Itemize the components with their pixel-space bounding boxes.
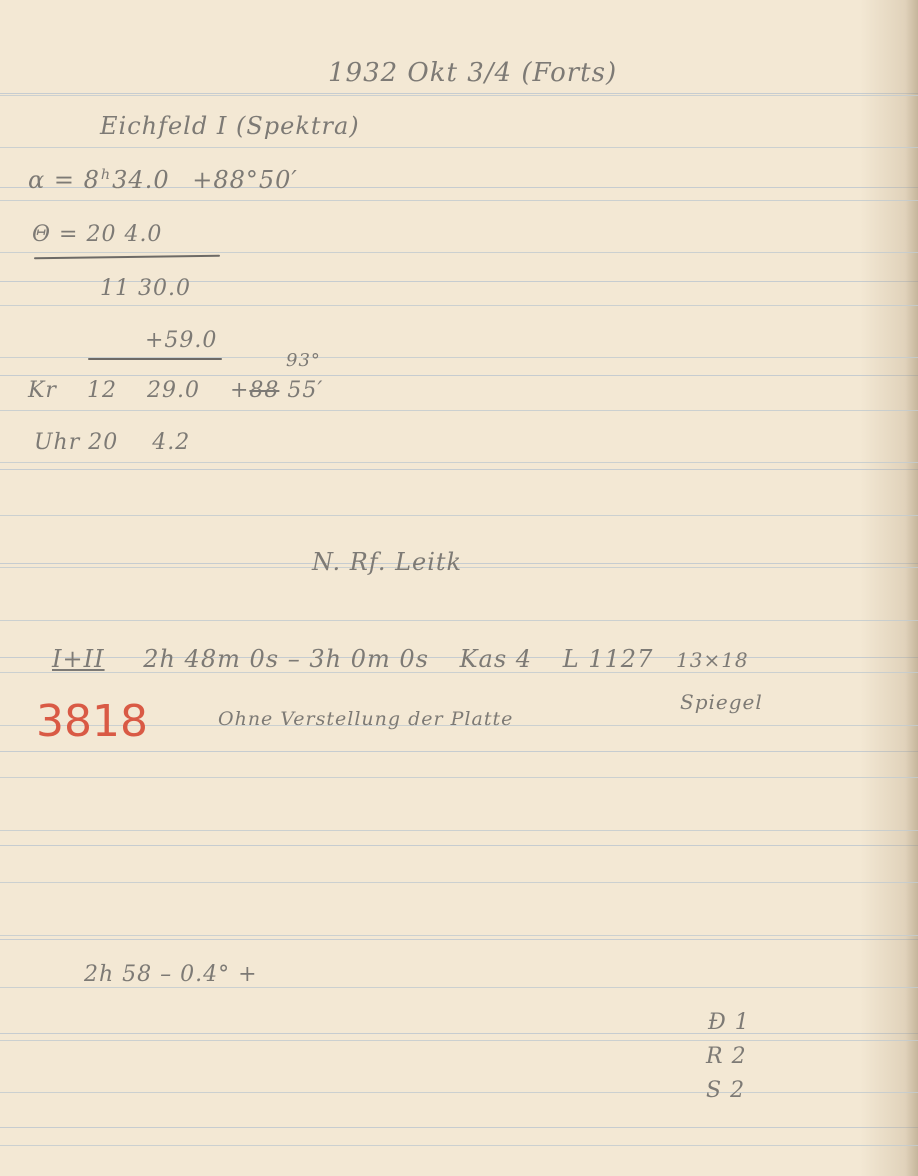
plate-type: L 1127 — [563, 645, 654, 673]
observation-line: I+II 2h 48m 0s – 3h 0m 0s Kas 4 L 1127 1… — [52, 645, 749, 673]
alpha-decl: +88°50′ — [192, 166, 298, 194]
rating-value: 2 — [732, 1044, 747, 1069]
diff-line: 11 30.0 — [100, 276, 191, 301]
notebook-page: 1932 Okt 3/4 (Forts) Eichfeld I (Spektra… — [0, 0, 918, 1176]
sum-underline — [34, 255, 220, 260]
ruled-line — [0, 882, 918, 883]
alpha-min: 34.0 — [112, 166, 169, 194]
sum-underline-2 — [88, 358, 222, 360]
ruled-line — [0, 95, 918, 96]
kr-decl-correction: 93° — [286, 350, 321, 371]
ruled-line — [0, 987, 918, 988]
rating-row: S 2 — [706, 1078, 745, 1103]
theta-line: Θ = 20 4.0 — [32, 222, 162, 247]
kr-hours: 12 — [87, 378, 117, 403]
plate-size: 13×18 — [676, 648, 749, 672]
ruled-line — [0, 515, 918, 516]
mirror-note: Spiegel — [680, 690, 763, 714]
rating-row: Ɖ 1 — [708, 1010, 750, 1035]
uhr-min: 4.2 — [152, 430, 190, 455]
cassette: Kas 4 — [460, 645, 532, 673]
rating-symbol: Ɖ — [708, 1010, 727, 1035]
alpha-hours: 8 — [84, 166, 100, 194]
uhr-line: Uhr 20 4.2 — [34, 430, 190, 455]
ruled-line — [0, 1092, 918, 1093]
calc-title: Eichfeld I (Spektra) — [100, 112, 360, 140]
ruled-line — [0, 462, 918, 463]
observation-note: Ohne Verstellung der Platte — [218, 708, 513, 730]
uhr-hours: 20 — [88, 430, 118, 455]
kr-decl-min: 55′ — [287, 378, 323, 403]
ruled-line — [0, 305, 918, 306]
ruled-line — [0, 935, 918, 936]
ruled-line — [0, 777, 918, 778]
rating-value: 1 — [735, 1010, 750, 1035]
alpha-h-sup: h — [101, 167, 111, 183]
date-line: 1932 Okt 3/4 (Forts) — [328, 58, 617, 88]
alpha-label: α = — [28, 166, 75, 194]
kr-decl-prefix: + — [230, 378, 249, 403]
kr-line: Kr 12 29.0 +88 55′ — [28, 378, 323, 403]
ruled-line — [0, 200, 918, 201]
instrument: I+II — [52, 645, 105, 673]
rating-symbol: R — [706, 1044, 724, 1069]
ruled-line — [0, 1145, 918, 1146]
uhr-label: Uhr — [34, 430, 80, 455]
time-start: 2h 48m 0s — [143, 645, 279, 673]
ruled-line — [0, 410, 918, 411]
rating-symbol: S — [706, 1078, 722, 1103]
later-note: 2h 58 – 0.4° + — [84, 962, 258, 987]
plate-number: 3818 — [36, 696, 148, 747]
ruled-line — [0, 252, 918, 253]
kr-min: 29.0 — [147, 378, 200, 403]
kr-label: Kr — [28, 378, 57, 403]
observation-heading: N. Rf. Leitk — [312, 548, 462, 576]
rating-value: 2 — [730, 1078, 745, 1103]
ruled-line — [0, 147, 918, 148]
kr-decl-crossed: 88 — [249, 378, 279, 403]
alpha-line: α = 8h34.0 +88°50′ — [28, 166, 298, 194]
ruled-line — [0, 830, 918, 831]
rating-row: R 2 — [706, 1044, 747, 1069]
ruled-line — [0, 620, 918, 621]
time-sep: – — [288, 645, 301, 673]
ruled-line — [0, 1040, 918, 1041]
time-end: 3h 0m 0s — [309, 645, 429, 673]
add-line: +59.0 — [145, 328, 217, 353]
